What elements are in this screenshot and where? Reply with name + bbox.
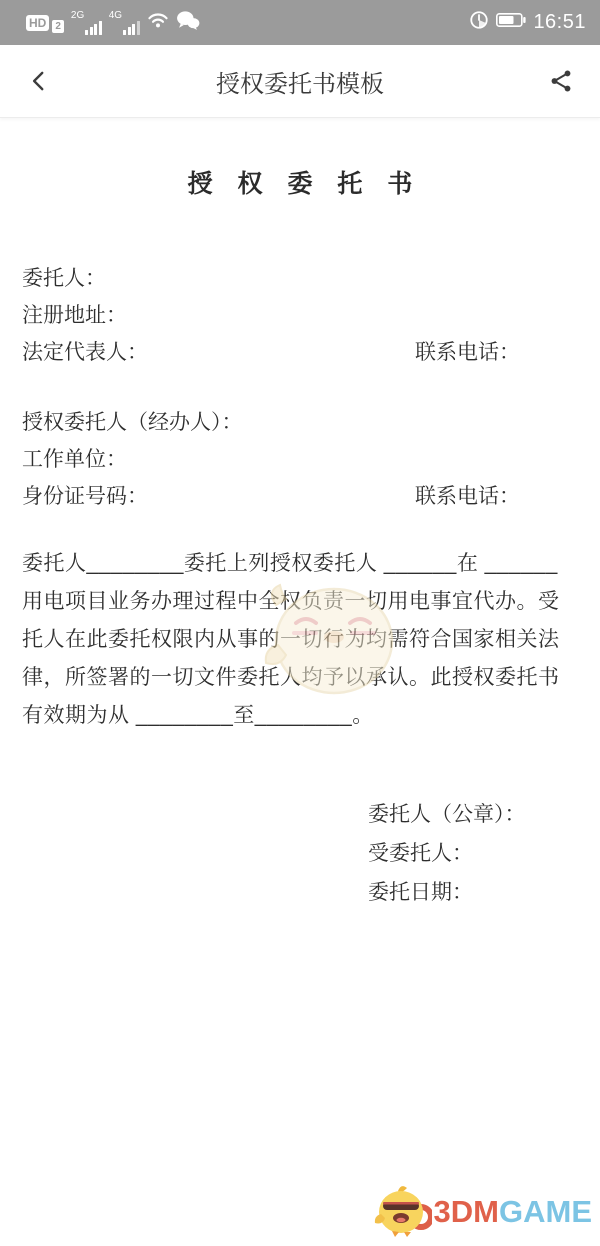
signature-line: 受委托人： bbox=[368, 834, 578, 873]
signal-bars-icon bbox=[123, 11, 140, 35]
page-title: 授权委托书模板 bbox=[0, 64, 600, 99]
field-line: 法定代表人： 联系电话： bbox=[22, 338, 578, 375]
signature-line: 委托日期： bbox=[368, 873, 578, 912]
nav-bar: 授权委托书模板 bbox=[0, 45, 600, 118]
signal-bars-icon bbox=[85, 11, 102, 35]
principal-info-section: 委托人： 注册地址： 法定代表人： 联系电话： bbox=[22, 264, 578, 375]
network-type-label: 4G bbox=[109, 11, 122, 21]
hd-voice-icon: HD bbox=[26, 15, 49, 31]
wechat-icon bbox=[176, 10, 200, 35]
document-title: 授 权 委 托 书 bbox=[22, 118, 578, 200]
field-label: 联系电话： bbox=[415, 482, 520, 512]
3dmgame-watermark: 3DMGAME bbox=[374, 1181, 592, 1242]
share-icon bbox=[548, 68, 574, 94]
clock-time: 16:51 bbox=[533, 11, 586, 34]
brand-3dm: 3DM bbox=[434, 1194, 499, 1229]
back-button[interactable] bbox=[22, 64, 56, 98]
signal-strength-sim2: 4G bbox=[109, 11, 140, 35]
authorization-paragraph: 委托人________委托上列授权委托人 ______在 ______ 用电项目… bbox=[22, 545, 578, 735]
sim2-icon: 2 bbox=[52, 20, 64, 33]
field-line: 注册地址： bbox=[22, 301, 578, 338]
field-label: 委托人： bbox=[22, 267, 106, 290]
field-line: 委托人： bbox=[22, 264, 578, 301]
field-line: 授权委托人（经办人）： bbox=[22, 408, 578, 445]
field-label: 授权委托人（经办人）： bbox=[22, 411, 243, 434]
share-button[interactable] bbox=[544, 64, 578, 98]
field-label: 身份证号码： bbox=[22, 485, 148, 508]
field-label: 法定代表人： bbox=[22, 341, 148, 364]
chick-logo-icon bbox=[374, 1181, 432, 1242]
network-type-label: 2G bbox=[71, 11, 84, 21]
document-body: 授 权 委 托 书 委托人： 注册地址： 法定代表人： 联系电话： 授权委托人（… bbox=[0, 118, 600, 912]
battery-icon bbox=[496, 13, 526, 32]
signal-strength-sim1: 2G bbox=[71, 11, 102, 35]
field-line: 身份证号码： 联系电话： bbox=[22, 482, 578, 519]
agent-info-section: 授权委托人（经办人）： 工作单位： 身份证号码： 联系电话： bbox=[22, 408, 578, 519]
brand-text: 3DMGAME bbox=[434, 1194, 592, 1230]
chevron-left-icon bbox=[26, 68, 52, 94]
brand-game: GAME bbox=[499, 1194, 592, 1229]
wifi-icon bbox=[147, 11, 169, 34]
status-bar: HD 2 2G 4G bbox=[0, 0, 600, 45]
field-label: 工作单位： bbox=[22, 448, 127, 471]
alarm-icon bbox=[469, 10, 489, 35]
field-label: 注册地址： bbox=[22, 304, 127, 327]
field-line: 工作单位： bbox=[22, 445, 578, 482]
signature-block: 委托人（公章）： 受委托人： 委托日期： bbox=[368, 795, 578, 912]
field-label: 联系电话： bbox=[415, 338, 520, 368]
signature-line: 委托人（公章）： bbox=[368, 795, 578, 834]
